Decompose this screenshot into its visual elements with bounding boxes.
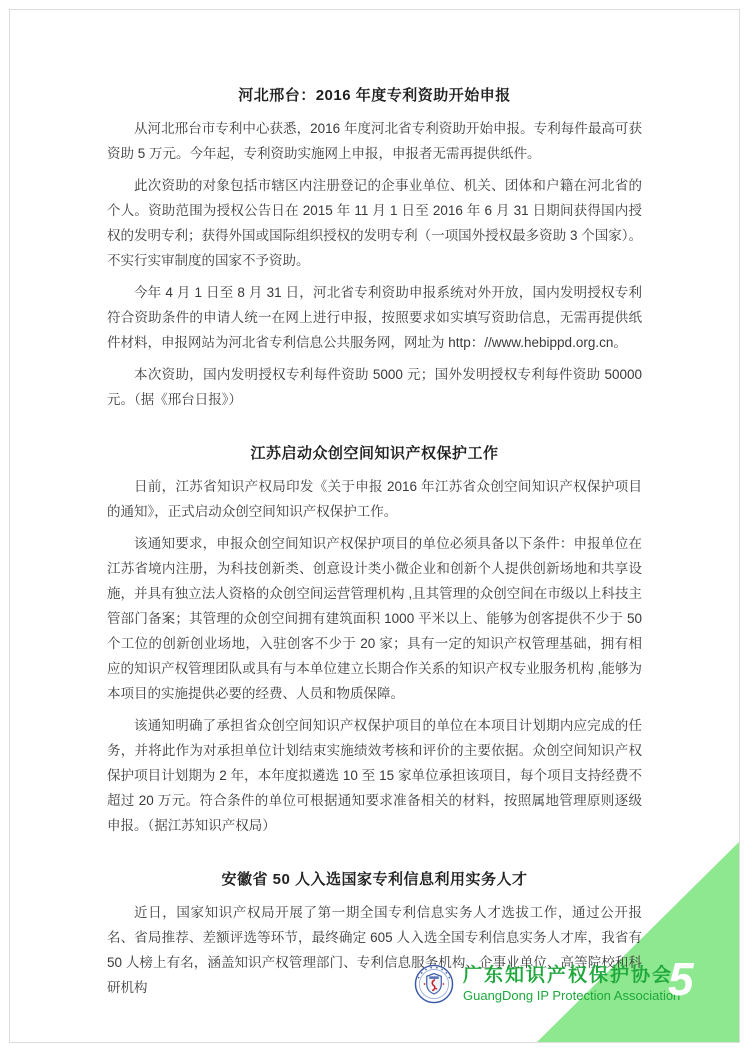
document-page: 河北邢台：2016 年度专利资助开始申报 从河北邢台市专利中心获悉，2016 年… <box>9 9 740 1043</box>
footer-brand: 广东知识产权保护协会 GuangDong IP Protection Assoc… <box>414 964 680 1004</box>
association-name-cn: 广东知识产权保护协会 <box>463 965 680 987</box>
page-number: 5 <box>668 954 694 1004</box>
association-emblem-icon <box>414 964 454 1004</box>
article-paragraph: 本次资助，国内发明授权专利每件资助 5000 元；国外发明授权专利每件资助 50… <box>107 362 642 412</box>
article-title: 河北邢台：2016 年度专利资助开始申报 <box>107 86 642 106</box>
article-paragraph: 此次资助的对象包括市辖区内注册登记的企事业单位、机关、团体和户籍在河北省的个人。… <box>107 173 642 273</box>
page-content: 河北邢台：2016 年度专利资助开始申报 从河北邢台市专利中心获悉，2016 年… <box>10 10 739 1000</box>
article-paragraph: 该通知明确了承担省众创空间知识产权保护项目的单位在本项目计划期内应完成的任务，并… <box>107 713 642 838</box>
article-paragraph: 日前，江苏省知识产权局印发《关于申报 2016 年江苏省众创空间知识产权保护项目… <box>107 474 642 524</box>
association-names: 广东知识产权保护协会 GuangDong IP Protection Assoc… <box>463 965 680 1003</box>
article-paragraph: 今年 4 月 1 日至 8 月 31 日，河北省专利资助申报系统对外开放，国内发… <box>107 280 642 355</box>
article-hebei-xingtai: 河北邢台：2016 年度专利资助开始申报 从河北邢台市专利中心获悉，2016 年… <box>107 86 642 412</box>
association-name-en: GuangDong IP Protection Association <box>463 988 680 1003</box>
article-title: 安徽省 50 人入选国家专利信息利用实务人才 <box>107 870 642 890</box>
article-paragraph: 该通知要求，申报众创空间知识产权保护项目的单位必须具备以下条件：申报单位在江苏省… <box>107 531 642 706</box>
article-paragraph: 从河北邢台市专利中心获悉，2016 年度河北省专利资助开始申报。专利每件最高可获… <box>107 116 642 166</box>
article-jiangsu-makerspace: 江苏启动众创空间知识产权保护工作 日前，江苏省知识产权局印发《关于申报 2016… <box>107 444 642 838</box>
article-title: 江苏启动众创空间知识产权保护工作 <box>107 444 642 464</box>
